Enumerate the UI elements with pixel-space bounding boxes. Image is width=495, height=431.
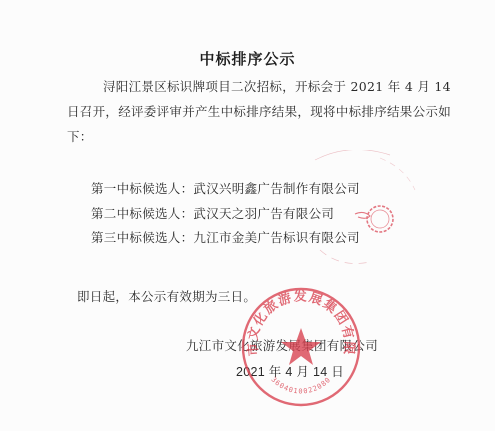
candidate-label: 第三中标候选人：	[91, 230, 193, 245]
intro-line-1: 浔阳江景区标识牌项目二次招标，开标会于 2021 年 4 月 14	[103, 79, 451, 95]
document-title: 中标排序公示	[0, 48, 495, 69]
candidate-name: 九江市金美广告标识有限公司	[193, 230, 359, 245]
document-page: 中标排序公示 浔阳江景区标识牌项目二次招标，开标会于 2021 年 4 月 14…	[0, 0, 495, 431]
candidate-row: 第三中标候选人：九江市金美广告标识有限公司	[91, 230, 360, 246]
validity-notice: 即日起，本公示有效期为三日。	[77, 289, 256, 305]
candidate-label: 第一中标候选人：	[91, 181, 193, 196]
candidate-row: 第二中标候选人：武汉天之羽广告有限公司	[91, 206, 334, 222]
candidate-row: 第一中标候选人：武汉兴明鑫广告制作有限公司	[91, 181, 360, 197]
intro-line-2: 日召开，经评委评审并产生中标排序结果，现将中标排序结果公示如	[67, 104, 451, 120]
signing-date: 2021 年 4 月 14 日	[236, 364, 344, 380]
signing-organization: 九江市文化旅游发展集团有限公司	[186, 338, 378, 354]
candidate-name: 武汉兴明鑫广告制作有限公司	[193, 181, 359, 196]
candidate-label: 第二中标候选人：	[91, 206, 193, 221]
intro-line-3: 下：	[67, 129, 93, 145]
candidate-name: 武汉天之羽广告有限公司	[193, 206, 334, 221]
